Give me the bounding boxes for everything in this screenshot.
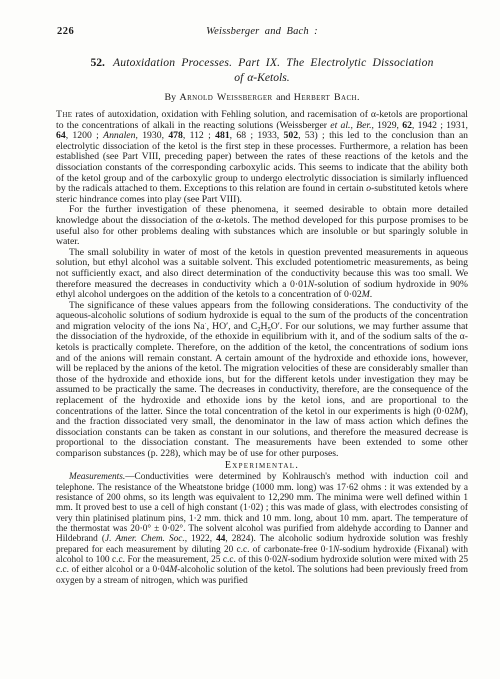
article-title-line-1: 52.Autoxidation Processes. Part IX. The …: [56, 56, 468, 69]
article-title-block: 52.Autoxidation Processes. Part IX. The …: [56, 56, 468, 103]
paragraph-further-investigation: For the further investigation of these p…: [56, 205, 468, 247]
section-heading-experimental: Experimental.: [56, 461, 468, 472]
page-number: 226: [57, 26, 74, 37]
page-header: 226 Weissberger and Bach :: [56, 0, 468, 40]
running-head: Weissberger and Bach :: [56, 26, 468, 37]
article-title-line-2: of α-Ketols.: [56, 71, 468, 84]
paragraph-measurements: Measurements.—Conductivities were determ…: [56, 472, 468, 586]
paragraph-solubility: The small solubility in water of most of…: [56, 248, 468, 301]
text-column: 226 Weissberger and Bach : 52.Autoxidati…: [56, 0, 468, 586]
byline: By Arnold Weissberger and Herbert Bach.: [56, 92, 468, 103]
journal-page: 226 Weissberger and Bach : 52.Autoxidati…: [0, 0, 500, 679]
paragraph-significance: The significance of these values appears…: [56, 301, 468, 460]
paragraph-intro: The rates of autoxidation, oxidation wit…: [56, 110, 468, 205]
article-body: The rates of autoxidation, oxidation wit…: [56, 110, 468, 586]
